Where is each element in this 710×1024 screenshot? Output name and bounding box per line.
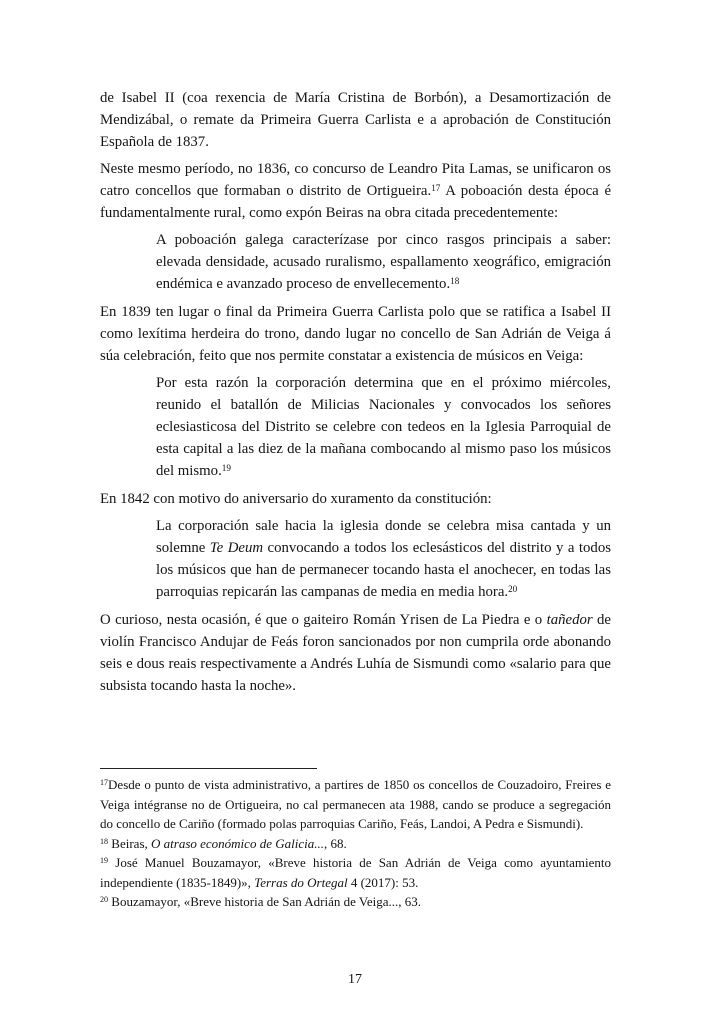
block-quote: Por esta razón la corporación determina … bbox=[156, 372, 611, 482]
text-run: , 68. bbox=[324, 836, 347, 851]
italic-run: Te Deum bbox=[210, 540, 263, 556]
text-run: O curioso, nesta ocasión, é que o gaitei… bbox=[100, 612, 547, 628]
footnote-ref: 18 bbox=[450, 276, 459, 286]
block-quote: La corporación sale hacia la iglesia don… bbox=[156, 515, 611, 603]
text-run: Bouzamayor, «Breve historia de San Adriá… bbox=[108, 894, 421, 909]
italic-run: tañedor bbox=[547, 612, 593, 628]
text-run: En 1842 con motivo do aniversario do xur… bbox=[100, 491, 492, 507]
page-body-text: de Isabel II (coa rexencia de María Cris… bbox=[100, 87, 611, 702]
body-paragraph: Neste mesmo período, no 1836, co concurs… bbox=[100, 158, 611, 224]
italic-run: Terras do Ortegal bbox=[254, 875, 347, 890]
footnote: 20 Bouzamayor, «Breve historia de San Ad… bbox=[100, 892, 611, 912]
page-number: 17 bbox=[0, 972, 710, 988]
footnote-number: 20 bbox=[100, 895, 108, 904]
text-run: Beiras, bbox=[108, 836, 151, 851]
text-run: de Isabel II (coa rexencia de María Cris… bbox=[100, 90, 611, 150]
footnote-separator bbox=[100, 768, 317, 769]
footnote-list: 17Desde o punto de vista administrativo,… bbox=[100, 775, 611, 912]
text-run: Desde o punto de vista administrativo, a… bbox=[100, 777, 611, 831]
text-run: 4 (2017): 53. bbox=[348, 875, 419, 890]
footnote-ref: 19 bbox=[222, 463, 231, 473]
footnote: 18 Beiras, O atraso económico de Galicia… bbox=[100, 834, 611, 854]
body-paragraph: En 1839 ten lugar o final da Primeira Gu… bbox=[100, 301, 611, 367]
footnote-ref: 17 bbox=[431, 183, 440, 193]
body-paragraph: de Isabel II (coa rexencia de María Cris… bbox=[100, 87, 611, 153]
body-paragraph: En 1842 con motivo do aniversario do xur… bbox=[100, 488, 611, 510]
italic-run: O atraso económico de Galicia... bbox=[151, 836, 324, 851]
footnote: 17Desde o punto de vista administrativo,… bbox=[100, 775, 611, 834]
footnote-ref: 20 bbox=[508, 584, 517, 594]
text-run: A poboación galega caracterízase por cin… bbox=[156, 232, 611, 292]
body-paragraph: O curioso, nesta ocasión, é que o gaitei… bbox=[100, 609, 611, 697]
document-page: de Isabel II (coa rexencia de María Cris… bbox=[0, 0, 710, 1024]
footnote-number: 17 bbox=[100, 778, 108, 787]
footnote-number: 19 bbox=[100, 856, 108, 865]
text-run: En 1839 ten lugar o final da Primeira Gu… bbox=[100, 304, 611, 364]
footnote: 19 José Manuel Bouzamayor, «Breve histor… bbox=[100, 853, 611, 892]
footnote-number: 18 bbox=[100, 837, 108, 846]
block-quote: A poboación galega caracterízase por cin… bbox=[156, 229, 611, 295]
footnotes-section: 17Desde o punto de vista administrativo,… bbox=[100, 768, 611, 912]
